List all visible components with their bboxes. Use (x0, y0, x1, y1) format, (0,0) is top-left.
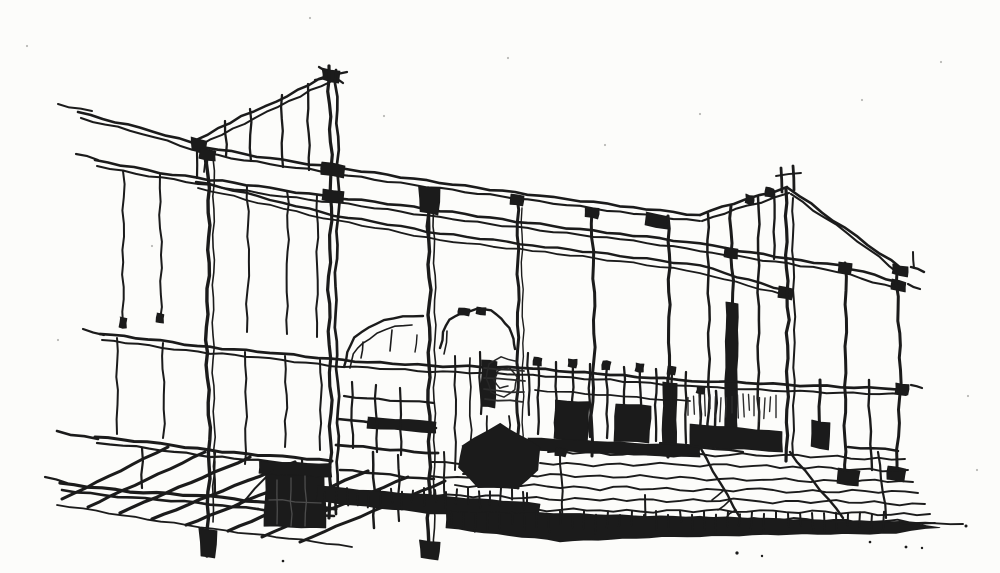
layer-specks (26, 17, 978, 471)
sketch-page (0, 0, 1000, 573)
layer-left-gable (191, 67, 347, 178)
architectural-sketch (0, 0, 1000, 573)
layer-facade (116, 171, 321, 499)
sketch-canvas (0, 0, 1000, 573)
